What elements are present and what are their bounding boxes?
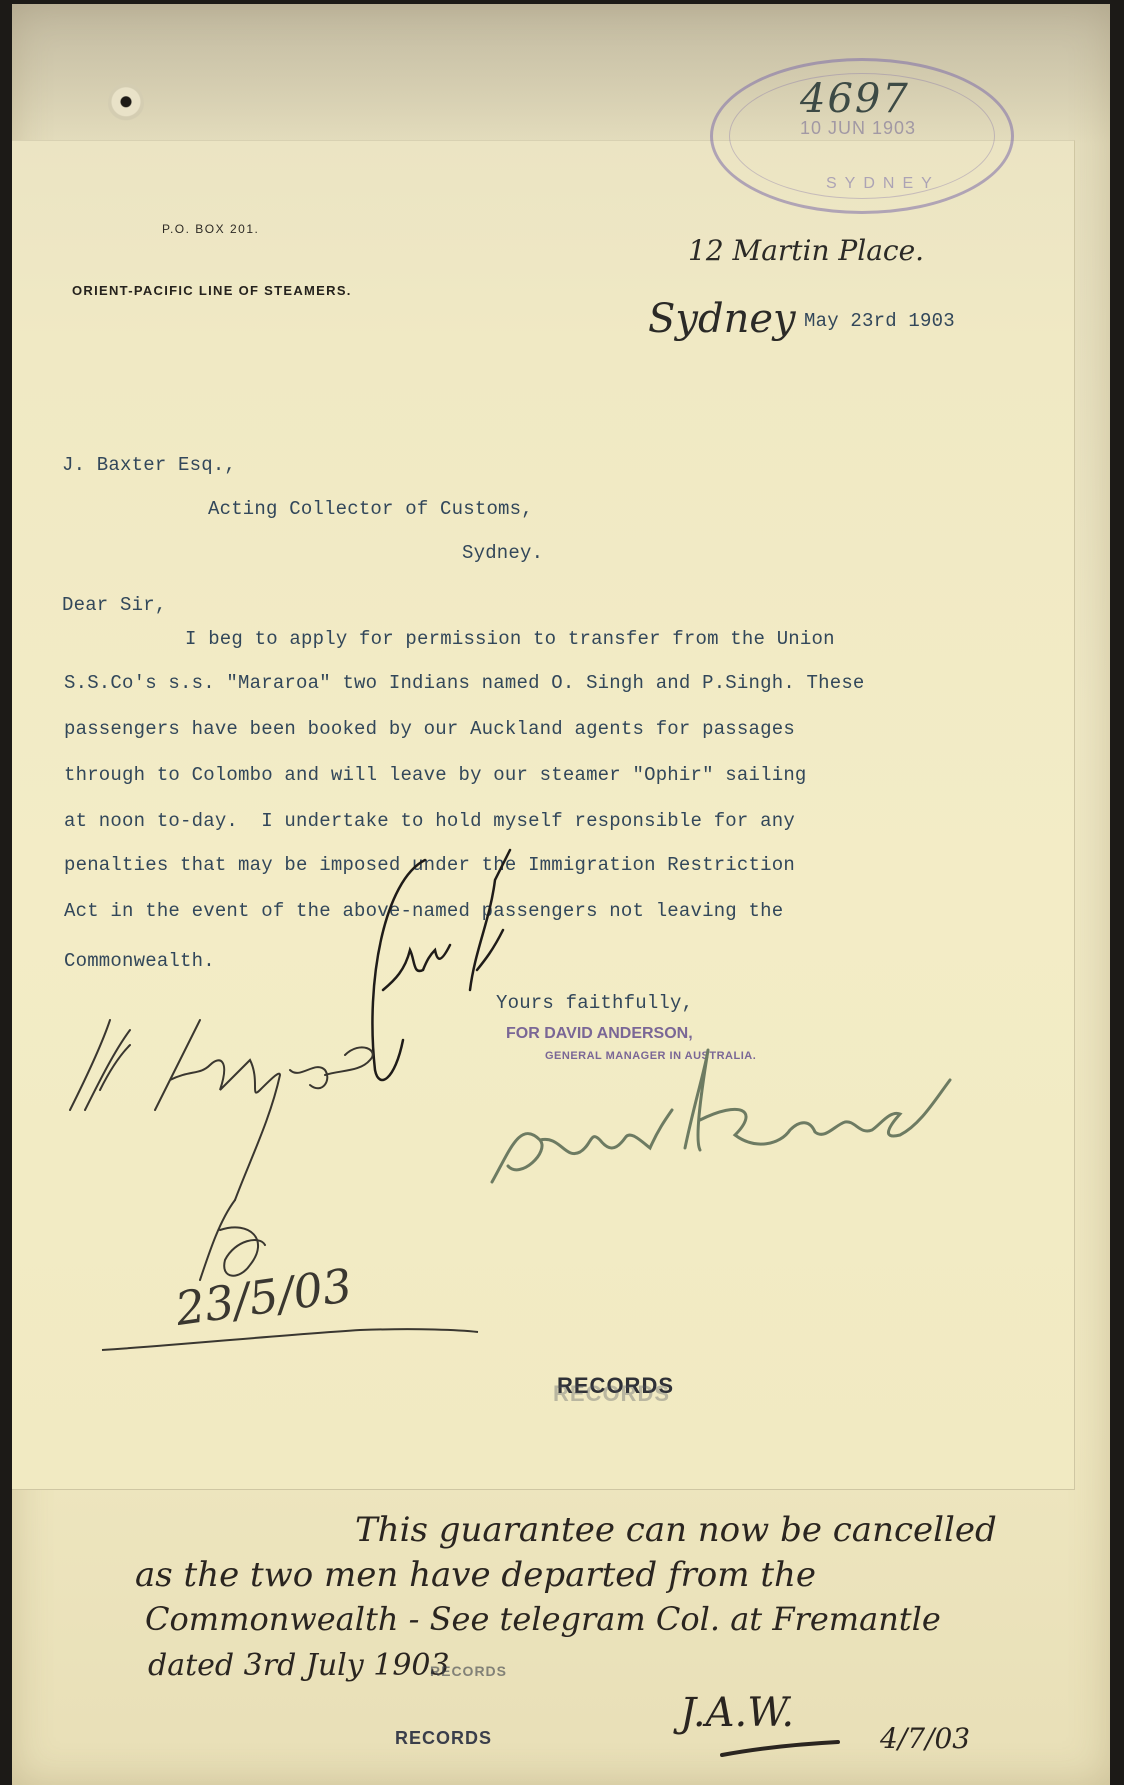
records-stamp-bottom: RECORDS: [395, 1728, 492, 1749]
body-line: Commonwealth.: [64, 950, 215, 972]
recipient-city: Sydney.: [462, 542, 543, 564]
body-line: through to Colombo and will leave by our…: [64, 764, 807, 786]
address-street: 12 Martin Place.: [688, 234, 924, 267]
endorsement-line-2: as the two men have departed from the: [135, 1555, 816, 1595]
endorsement-line-4: dated 3rd July 1903: [148, 1648, 450, 1683]
recipient-name: J. Baxter Esq.,: [62, 454, 236, 476]
endorsement-signature: J.A.W.: [680, 1690, 794, 1736]
records-stamp-ghost: RECORDS: [553, 1381, 670, 1407]
punch-hole: [108, 82, 144, 126]
endorsement-line-1: This guarantee can now be cancelled: [355, 1510, 997, 1550]
salutation: Dear Sir,: [62, 594, 166, 616]
records-stamp-faint: RECORDS: [430, 1663, 507, 1679]
endorsement-date: 4/7/03: [880, 1722, 970, 1755]
recipient-title: Acting Collector of Customs,: [208, 498, 533, 520]
body-line: passengers have been booked by our Auckl…: [64, 718, 795, 740]
valediction: Yours faithfully,: [496, 992, 693, 1014]
body-line: I beg to apply for permission to transfe…: [185, 628, 835, 650]
endorsement-line-3: Commonwealth - See telegram Col. at Frem…: [145, 1600, 941, 1638]
registry-stamp-city: SYDNEY: [826, 175, 940, 193]
body-line: at noon to-day. I undertake to hold myse…: [64, 810, 795, 832]
po-box: P.O. BOX 201.: [162, 222, 259, 236]
company-name: ORIENT-PACIFIC LINE OF STEAMERS.: [72, 283, 352, 298]
signature-david-reid: [480, 1040, 960, 1190]
underline-stroke: [100, 1320, 480, 1360]
body-line: S.S.Co's s.s. "Mararoa" two Indians name…: [64, 672, 865, 694]
signature-underline: [720, 1740, 840, 1760]
registry-number: 4697: [800, 76, 910, 122]
letter-date: May 23rd 1903: [804, 310, 955, 332]
address-city: Sydney: [648, 296, 796, 342]
